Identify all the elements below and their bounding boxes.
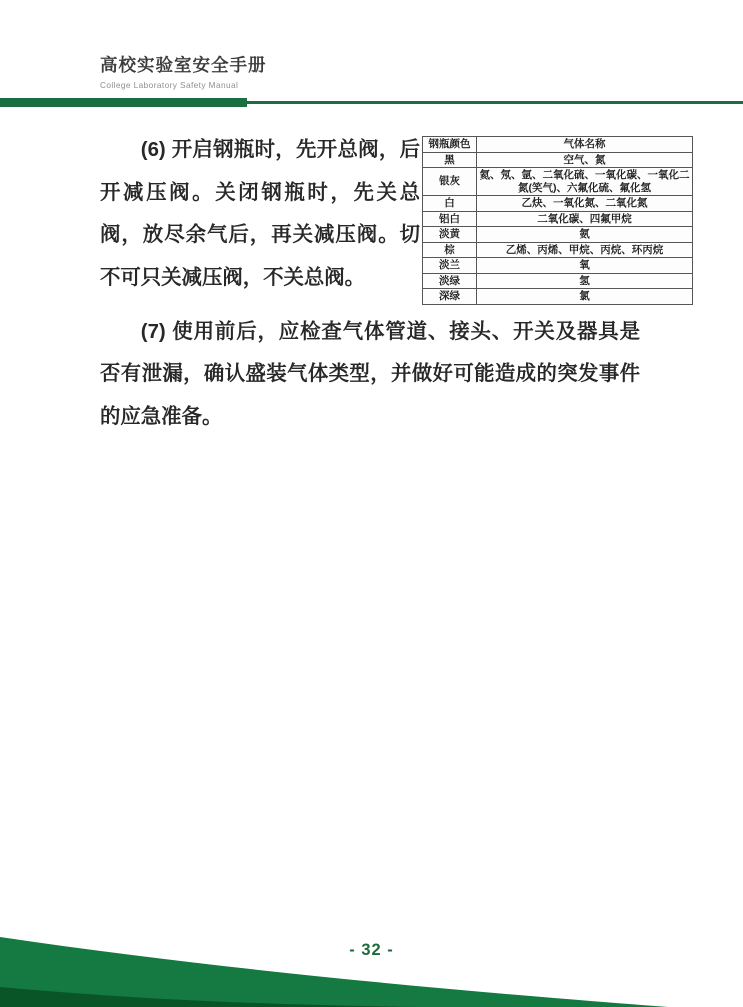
gas-names-cell: 乙炔、一氧化氮、二氧化氮 [477, 196, 693, 212]
table-row: 棕 乙烯、丙烯、甲烷、丙烷、环丙烷 [423, 242, 693, 258]
cylinder-color-cell: 淡兰 [423, 258, 477, 274]
paragraph6-with-table: (6) 开启钢瓶时，先开总阀，后开减压阀。关闭钢瓶时，先关总阀，放尽余气后，再关… [100, 129, 693, 305]
gas-names-cell: 二氧化碳、四氟甲烷 [477, 211, 693, 227]
gas-names-cell: 氯 [477, 289, 693, 305]
cylinder-color-cell: 银灰 [423, 168, 477, 196]
body-paragraph: (7) 使用前后，应检查气体管道、接头、开关及器具是否有泄漏，确认盛装气体类型，… [100, 311, 640, 439]
cylinder-color-cell: 深绿 [423, 289, 477, 305]
cylinder-color-cell: 铝白 [423, 211, 477, 227]
page-body: (6) 开启钢瓶时，先开总阀，后开减压阀。关闭钢瓶时，先关总阀，放尽余气后，再关… [100, 129, 640, 439]
gas-cylinder-color-table: 钢瓶颜色 气体名称 黑 空气、氮 银灰 氦、氖、氩、二氧化硫、一氧化碳、一氧化二… [422, 136, 693, 305]
gas-names-cell: 氧 [477, 258, 693, 274]
gas-names-cell: 氢 [477, 273, 693, 289]
cylinder-color-cell: 棕 [423, 242, 477, 258]
table-row: 淡绿 氢 [423, 273, 693, 289]
cylinder-color-cell: 白 [423, 196, 477, 212]
gas-names-cell: 氦、氖、氩、二氧化硫、一氧化碳、一氧化二氮(笑气)、六氟化硫、氟化氢 [477, 168, 693, 196]
table-row: 铝白 二氧化碳、四氟甲烷 [423, 211, 693, 227]
gas-names-cell: 空气、氮 [477, 152, 693, 168]
table-header-gas-name: 气体名称 [477, 137, 693, 153]
table-body: 黑 空气、氮 银灰 氦、氖、氩、二氧化硫、一氧化碳、一氧化二氮(笑气)、六氟化硫… [423, 152, 693, 304]
table-row: 淡兰 氧 [423, 258, 693, 274]
table-row: 白 乙炔、一氧化氮、二氧化氮 [423, 196, 693, 212]
table-header-cylinder-color: 钢瓶颜色 [423, 137, 477, 153]
table-row: 深绿 氯 [423, 289, 693, 305]
table-header-row: 钢瓶颜色 气体名称 [423, 137, 693, 153]
manual-title: 高校实验室安全手册 [100, 52, 267, 77]
gas-table-container: 钢瓶颜色 气体名称 黑 空气、氮 银灰 氦、氖、氩、二氧化硫、一氧化碳、一氧化二… [422, 136, 693, 305]
manual-subtitle-en: College Laboratory Safety Manual [100, 80, 267, 90]
page-header: 高校实验室安全手册 College Laboratory Safety Manu… [100, 52, 267, 90]
manual-page: 高校实验室安全手册 College Laboratory Safety Manu… [0, 0, 743, 1007]
cylinder-color-cell: 淡黄 [423, 227, 477, 243]
table-row: 银灰 氦、氖、氩、二氧化硫、一氧化碳、一氧化二氮(笑气)、六氟化硫、氟化氢 [423, 168, 693, 196]
table-row: 淡黄 氨 [423, 227, 693, 243]
gas-names-cell: 乙烯、丙烯、甲烷、丙烷、环丙烷 [477, 242, 693, 258]
footer-swoosh-graphic [0, 925, 743, 1007]
body-paragraph: (6) 开启钢瓶时，先开总阀，后开减压阀。关闭钢瓶时，先关总阀，放尽余气后，再关… [100, 129, 420, 300]
table-row: 黑 空气、氮 [423, 152, 693, 168]
cylinder-color-cell: 黑 [423, 152, 477, 168]
header-rule-thick [0, 98, 247, 107]
header-rule-thin [247, 101, 743, 104]
gas-names-cell: 氨 [477, 227, 693, 243]
cylinder-color-cell: 淡绿 [423, 273, 477, 289]
